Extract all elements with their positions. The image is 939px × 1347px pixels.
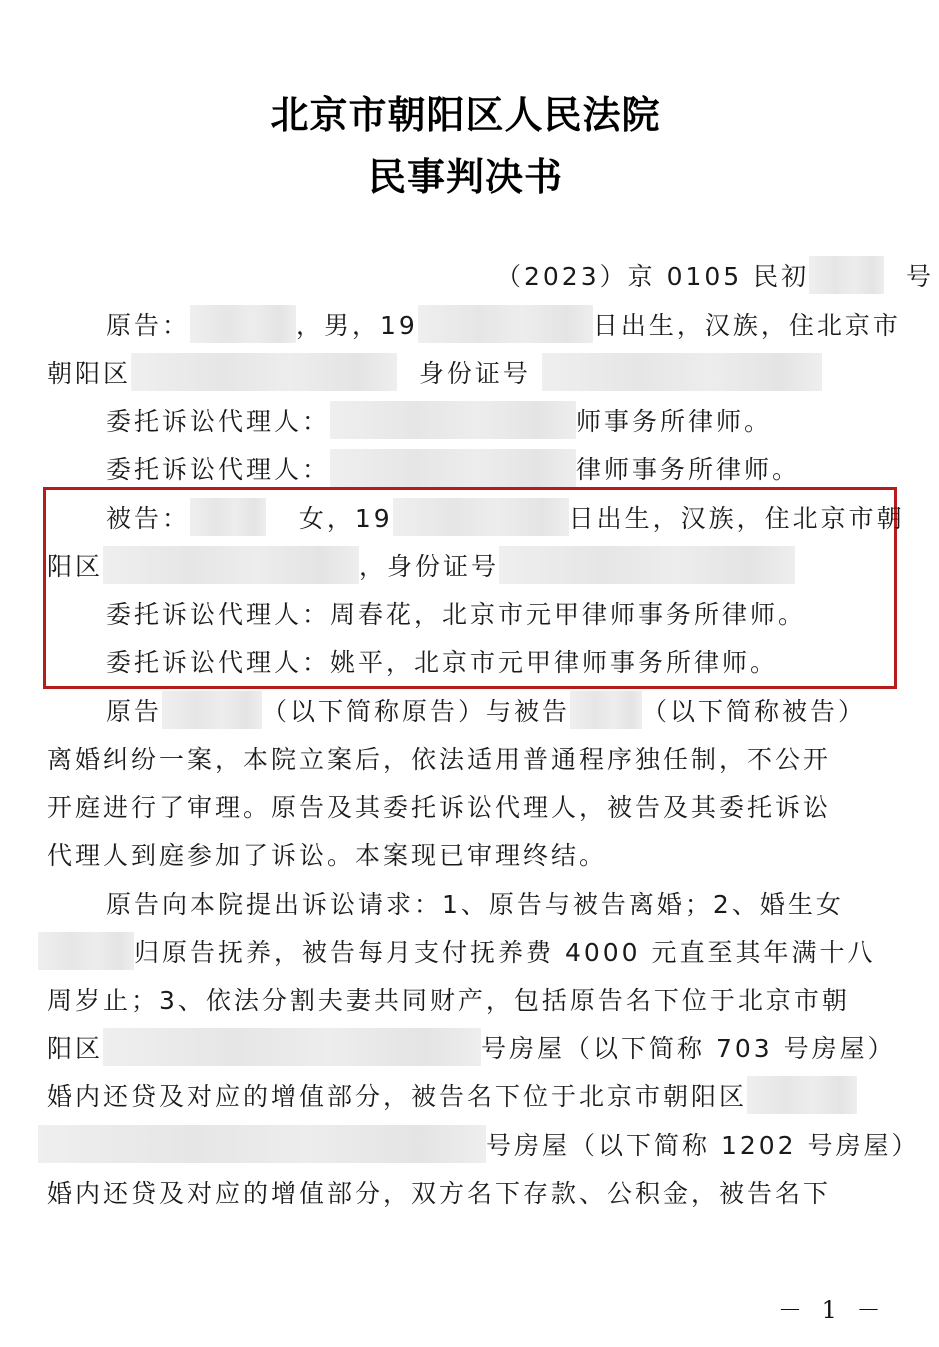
para2-line-4: 阳区号房屋（以下简称 703 号房屋） <box>47 1034 896 1066</box>
text-fragment: 号房屋（以下简称 703 号房屋） <box>481 1034 896 1063</box>
redacted-plaintiff-id <box>542 353 822 391</box>
redacted-defendant-address <box>103 546 359 584</box>
para1-line-1: 原告（以下简称原告）与被告（以下简称被告） <box>106 697 866 729</box>
plaintiff-line-1: 原告：，男，19日出生，汉族，住北京市 <box>106 311 901 343</box>
redacted-property-address-1202-b <box>38 1125 486 1163</box>
court-name-heading: 北京市朝阳区人民法院 <box>0 84 935 139</box>
para2-line-1: 原告向本院提出诉讼请求：1、原告与被告离婚；2、婚生女 <box>106 890 844 920</box>
text-fragment: （以下简称被告） <box>642 697 866 726</box>
redacted-case-id <box>809 256 884 294</box>
agent-label: 委托诉讼代理人： <box>106 455 330 484</box>
agent-label: 委托诉讼代理人： <box>106 407 330 436</box>
plaintiff-agent-2: 委托诉讼代理人：律师事务所律师。 <box>106 455 800 487</box>
plaintiff-line-2: 朝阳区 身份证号 <box>47 359 822 391</box>
text-fragment: 婚内还贷及对应的增值部分，被告名下位于北京市朝阳区 <box>47 1082 747 1111</box>
document-type-heading: 民事判决书 <box>0 146 935 201</box>
text-fragment: 归原告抚养，被告每月支付抚养费 4000 元直至其年满十八 <box>134 938 876 967</box>
redacted-agent-name-firm <box>330 449 576 487</box>
defendant-id-label: ，身份证号 <box>359 552 499 581</box>
plaintiff-ethnicity-address: 日出生，汉族，住北京市 <box>593 311 901 340</box>
page-number: － 1 － <box>778 1290 887 1325</box>
para2-line-3: 周岁止；3、依法分割夫妻共同财产，包括原告名下位于北京市朝 <box>47 986 850 1016</box>
redacted-defendant-id <box>499 546 795 584</box>
redacted-defendant-birthdate <box>393 498 569 536</box>
plaintiff-district: 朝阳区 <box>47 359 131 388</box>
redacted-plaintiff-name <box>190 305 296 343</box>
defendant-agent-1: 委托诉讼代理人：周春花，北京市元甲律师事务所律师。 <box>106 600 806 630</box>
para2-line-7: 婚内还贷及对应的增值部分，双方名下存款、公积金，被告名下 <box>47 1179 831 1209</box>
agent-firm-tail: 师事务所律师。 <box>576 407 772 436</box>
redacted-plaintiff-birthdate <box>418 305 593 343</box>
defendant-district: 阳区 <box>47 552 103 581</box>
defendant-line-1: 被告： 女，19日出生，汉族，住北京市朝 <box>106 504 905 536</box>
para1-line-4: 代理人到庭参加了诉讼。本案现已审理终结。 <box>47 841 607 871</box>
text-fragment: 原告 <box>106 697 162 726</box>
text-fragment: 号房屋（以下简称 1202 号房屋） <box>486 1131 920 1160</box>
case-number-prefix: （2023）京 0105 民初 <box>496 262 809 291</box>
text-fragment: 阳区 <box>47 1034 103 1063</box>
para1-line-2: 离婚纠纷一案，本院立案后，依法适用普通程序独任制，不公开 <box>47 745 831 775</box>
redacted-defendant-name <box>570 691 642 729</box>
redacted-property-address-1202-a <box>747 1076 857 1114</box>
para1-line-3: 开庭进行了审理。原告及其委托诉讼代理人，被告及其委托诉讼 <box>47 793 831 823</box>
defendant-ethnicity-address: 日出生，汉族，住北京市朝 <box>569 504 905 533</box>
para2-line-2: 归原告抚养，被告每月支付抚养费 4000 元直至其年满十八 <box>38 938 876 970</box>
redacted-child-name <box>38 932 134 970</box>
agent-firm-tail: 律师事务所律师。 <box>576 455 800 484</box>
para2-line-5: 婚内还贷及对应的增值部分，被告名下位于北京市朝阳区 <box>47 1082 857 1114</box>
redacted-agent-name-firm <box>330 401 576 439</box>
redacted-property-address-703 <box>103 1028 481 1066</box>
para2-line-6: 号房屋（以下简称 1202 号房屋） <box>38 1131 920 1163</box>
defendant-gender-year: 女，19 <box>299 504 393 533</box>
case-number: （2023）京 0105 民初 号 <box>496 262 934 294</box>
redacted-plaintiff-name <box>162 691 262 729</box>
plaintiff-agent-1: 委托诉讼代理人：师事务所律师。 <box>106 407 772 439</box>
redacted-plaintiff-address <box>131 353 397 391</box>
case-number-suffix: 号 <box>906 262 934 291</box>
redacted-defendant-name <box>190 498 266 536</box>
plaintiff-id-label: 身份证号 <box>419 359 531 388</box>
defendant-label: 被告： <box>106 504 190 533</box>
defendant-agent-2: 委托诉讼代理人：姚平，北京市元甲律师事务所律师。 <box>106 648 778 678</box>
plaintiff-label: 原告： <box>106 311 190 340</box>
defendant-line-2: 阳区，身份证号 <box>47 552 795 584</box>
plaintiff-gender-year: ，男，19 <box>296 311 418 340</box>
text-fragment: （以下简称原告）与被告 <box>262 697 570 726</box>
